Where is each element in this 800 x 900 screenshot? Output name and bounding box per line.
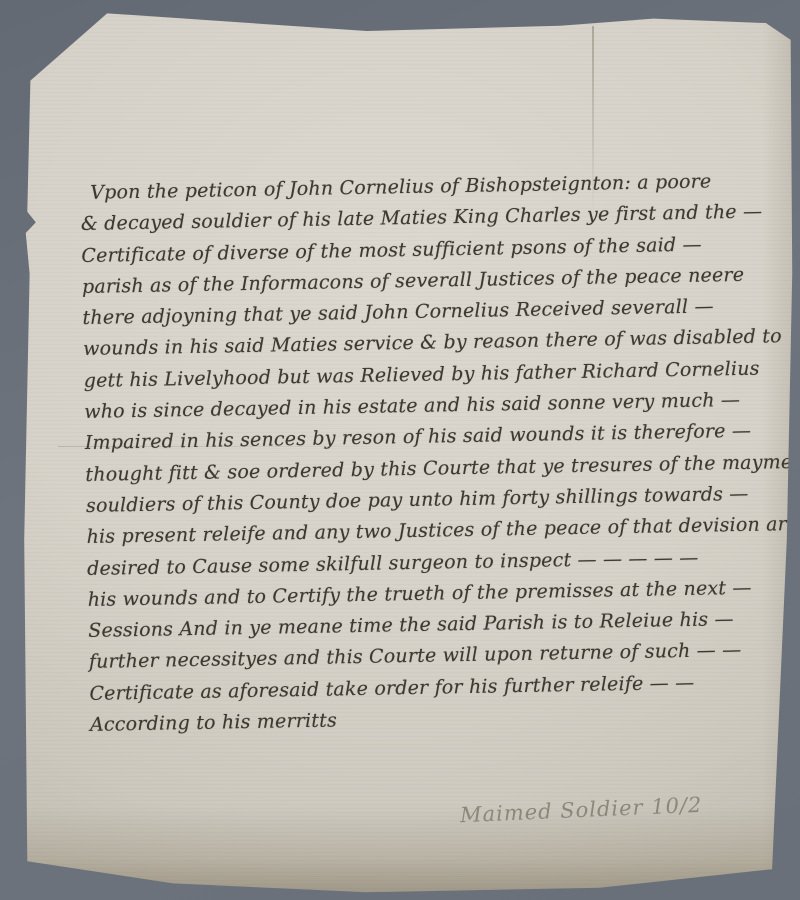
- document-paper: Vpon the peticon of John Cornelius of Bi…: [18, 8, 793, 894]
- photo-background: Vpon the peticon of John Cornelius of Bi…: [0, 0, 800, 900]
- manuscript-text-block: Vpon the peticon of John Cornelius of Bi…: [80, 165, 790, 741]
